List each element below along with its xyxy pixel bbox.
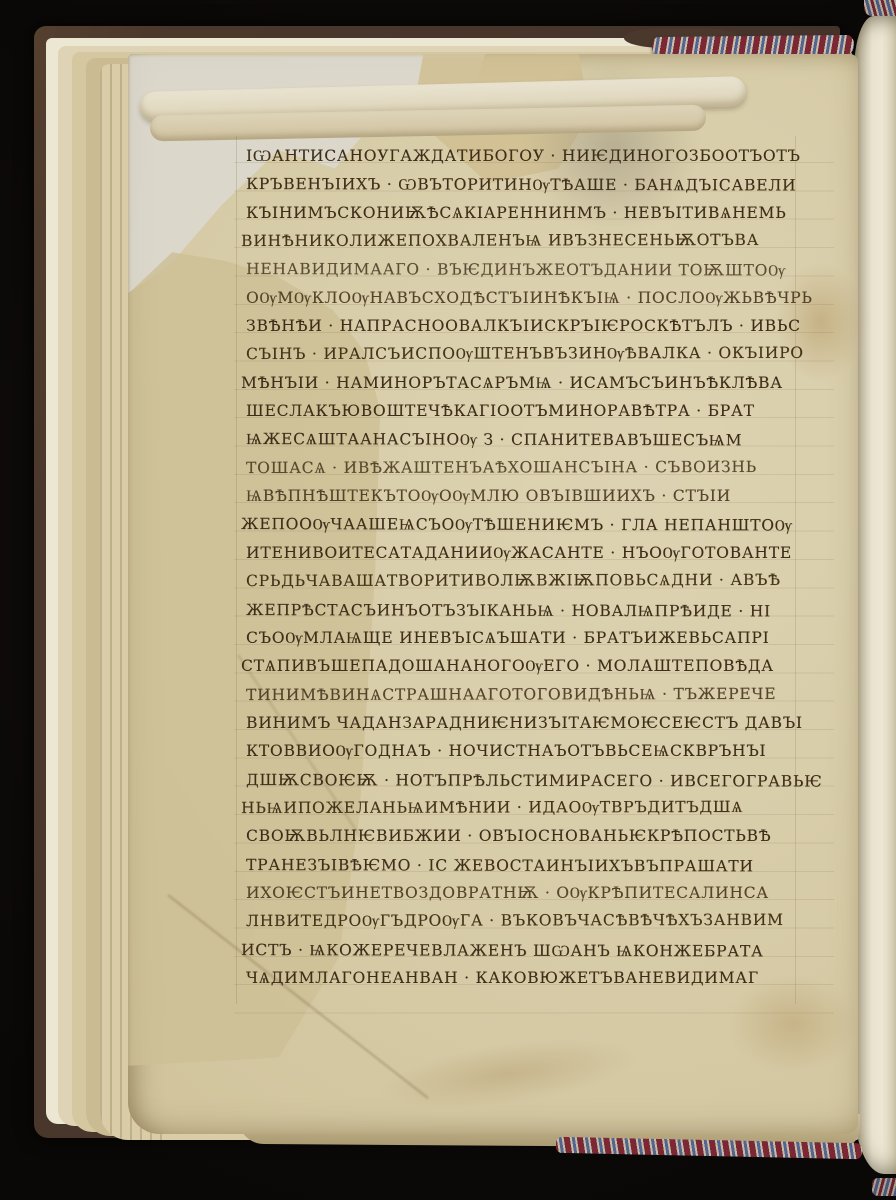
manuscript-line: СЪОѸМЛАѨЩЕ ИНЕВЪІСѦЪШАТИ · БРАТЪИЖЕВЬСАП…	[246, 624, 846, 652]
manuscript-line: ІѠАНТИСАНОУГАЖДАТИБОГОУ · НИѤДИНОГОЗБООТ…	[246, 142, 846, 170]
text-block: ІѠАНТИСАНОУГАЖДАТИБОГОУ · НИѤДИНОГОЗБООТ…	[246, 142, 846, 998]
facing-page-fore-edge	[854, 16, 896, 1174]
manuscript-line: ѨЖЕСѦШТААНАСЪІНОѸ З · СПАНИТЕВАВЪШЕСЪѨМ	[246, 425, 846, 455]
manuscript-line: СВОѬВЬЛНѤВИБЖИИ · ОВЪІОСНОВАНЬѤКРѢПОСТЬВ…	[246, 822, 846, 850]
manuscript-line: ОѸМѸКЛОѸНАВЪСХОДѢСТЪІИНѢКЪІѨ · ПОСЛОѸЖЬВ…	[246, 284, 846, 312]
photo-scene: ІѠАНТИСАНОУГАЖДАТИБОГОУ · НИѤДИНОГОЗБООТ…	[0, 0, 896, 1200]
manuscript-line: ЗВѢНѢИ · НАПРАСНООВАЛКЪІИСКРЪІѤРОСКѢТЪЛЪ…	[246, 312, 846, 340]
stain	[375, 1026, 641, 1122]
manuscript-line: ИХОѤСТЪИНЕТВОЗДОВРАТНѬ · ОѸКРѢПИТЕСАЛИНС…	[246, 879, 846, 907]
manuscript-line: ВИНИМЪ ЧАДАНЗАРАДНИѤНИЗЪІТАѤМОѤСЕѤСТЪ ДА…	[246, 709, 846, 737]
manuscript-line: КТОВВИОѸГОДНАЪ · НОЧИСТНАЪОТЪВЬСЕѨСКВРЪН…	[246, 737, 846, 765]
manuscript-line: КРЪВЕНЪІИХЪ · ѠВЪТОРИТИНѸТѢАШЕ · БАНѦДЪІ…	[246, 170, 846, 200]
manuscript-line: ТРАНЕЗЪІВѢѤМО · ІС ЖЕВОСТАИНЪІИХЪВЪПРАША…	[246, 851, 846, 881]
manuscript-line: ТИНИМѢВИНѦСТРАШНААГОТОГОВИДѢНЬѨ · ТЪЖЕРЕ…	[246, 679, 846, 709]
manuscript-line: ЖЕПООѸЧААШЕѨСЪОѸТѢШЕНИѤМЪ · ГЛА НЕПАНШТО…	[241, 510, 846, 540]
manuscript-line: МѢНЪІИ · НАМИНОРЪТАСѦРЪМѨ · ИСАМЪСЪИНЪѢК…	[241, 369, 846, 397]
manuscript-line: ЖЕПРѢСТАСЪИНЪОТЪЗЪІКАНЬѨ · НОВАЛѨПРѢИДЕ …	[246, 596, 846, 626]
manuscript-line: ВИНѢНИКОЛИЖЕПОХВАЛЕНЪѨ ИВЪЗНЕСЕНЬѬОТЪВА	[241, 226, 846, 256]
manuscript-line: СЪІНЪ · ИРАЛСЪИСПОѸШТЕНЪВЪЗИНѸѢВАЛКА · О…	[246, 339, 846, 369]
manuscript-line: ѨВѢПНѢШТЕКЪТОѸОѸМЛЮ ОВЪІВШИИХЪ · СТЪІИ	[246, 482, 846, 510]
manuscript-line: ИТЕНИВОИТЕСАТАДАНИИѸЖАСАНТЕ · НЪОѸГОТОВА…	[246, 539, 846, 567]
manuscript-line: СТѦПИВЪШЕПАДОШАНАНОГОѸЕГО · МОЛАШТЕПОВѢД…	[241, 652, 846, 680]
headband-corner-textile	[864, 0, 896, 16]
manuscript-line: КЪІНИМЪСКОНИѬѢСѦКІАРЕННИНМЪ · НЕВЪІТИВѦН…	[246, 199, 846, 227]
headband-textile	[652, 35, 854, 56]
manuscript-line: ДШѬСВОѤѬ · НОТЪПРѢЛЬСТИМИРАСЕГО · ИВСЕГО…	[246, 766, 846, 796]
tailband-corner-textile	[872, 1178, 896, 1196]
manuscript-line: ТОШАСѦ · ИВѢЖАШТЕНЪАѢХОШАНСЪІНА · СЪВОИЗ…	[246, 453, 846, 483]
manuscript-line: НЬѨИПОЖЕЛАНЬѨИМѢНИИ · ИДАОѸТВРЪДИТЪДШѦ	[241, 793, 846, 823]
manuscript-line: ЛНВИТЕДРОѸГЪДРОѸГА · ВЪКОВЪЧАСѢВѢЧѢХЪЗАН…	[246, 906, 846, 936]
manuscript-line: ИСТЪ · ѨКОЖЕРЕЧЕВЛАЖЕНЪ ШѠАНЪ ѨКОНЖЕБРАТ…	[241, 936, 846, 966]
manuscript-line: НЕНАВИДИМААГО · ВЪѤДИНЪЖЕОТЪДАНИИ ТОѬШТО…	[246, 255, 846, 285]
manuscript-line: СРЬДЬЧАВАШАТВОРИТИВОЛѬВЖІѬПОВЬСѦДНИ · АВ…	[246, 566, 846, 596]
manuscript-line: ШЕСЛАКЪЮВОШТЕЧѢКАГІООТЪМИНОРАВѢТРА · БРА…	[246, 397, 846, 425]
manuscript-line: ЧѦДИМЛАГОНЕАНВАН · КАКОВЮЖЕТЪВАНЕВИДИМАГ	[246, 964, 846, 992]
